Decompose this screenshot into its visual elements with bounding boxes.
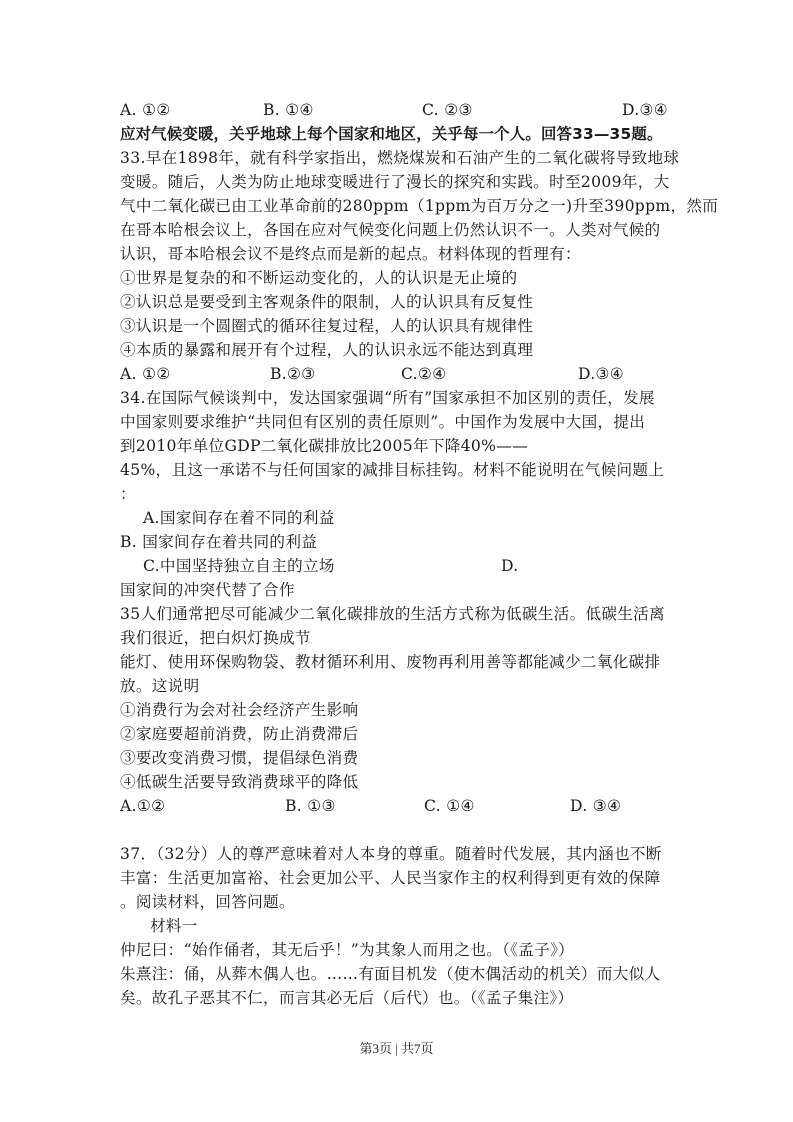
q33-statement: ①世界是复杂的和不断运动变化的，人的认识是无止境的 (120, 266, 517, 290)
q33-statement: ④本质的暴露和展开有个过程，人的认识永远不能达到真理 (120, 338, 533, 362)
q35-statement: ②家庭要超前消费，防止消费滞后 (120, 722, 358, 746)
q33-stem-line: 在哥本哈根会议上，各国在应对气候变化问题上仍然认识不一。人类对气候的 (120, 218, 660, 242)
q32-option-c: C. ②③ (422, 98, 473, 122)
q35-stem-line: 能灯、使用环保购物袋、教材循环利用、废物再利用善等都能减少二氧化碳排 (120, 650, 660, 674)
q37-material-line: 仲尼曰：“始作俑者，其无后乎！”为其象人而用之也。（《孟子》） (120, 938, 574, 962)
q35-statement: ④低碳生活要导致消费球平的降低 (120, 770, 358, 794)
q35-option-a: A.①② (120, 794, 165, 818)
q33-stem-line: 变暖。随后，人类为防止地球变暖进行了漫长的探究和实践。时至2009年，大 (120, 170, 670, 194)
q37-stem-line: 37．（32分）人的尊严意味着对人本身的尊重。随着时代发展，其内涵也不断 (120, 842, 662, 866)
q34-option-b: B. 国家间存在着共同的利益 (120, 530, 317, 554)
q37-stem-line: 丰富：生活更加富裕、社会更加公平、人民当家作主的权利得到更有效的保障 (120, 866, 660, 890)
group-intro-heading: 应对气候变暖，关乎地球上每个国家和地区，关乎每一个人。回答33—35题。 (120, 122, 663, 146)
q33-stem-line: 气中二氧化碳已由工业革命前的280ppm（1ppm为百万分之一)升至390ppm… (120, 194, 718, 218)
q34-stem-line: 中国家则要求维护“共同但有区别的责任原则”。中国作为发展中大国，提出 (120, 410, 645, 434)
q33-option-b: B.②③ (270, 362, 316, 386)
q37-material-line: 朱熹注：俑，从葬木偶人也。……有面目机发（使木偶活动的机关）而大似人 (120, 962, 660, 986)
q35-statement: ③要改变消费习惯，提倡绿色消费 (120, 746, 358, 770)
q33-statement: ③认识是一个圆圈式的循环往复过程，人的认识具有规律性 (120, 314, 533, 338)
q37-material-label: 材料一 (150, 914, 198, 938)
q33-stem-line: 认识，哥本哈根会议不是终点而是新的起点。材料体现的哲理有： (120, 242, 581, 266)
q34-stem-line: ： (120, 482, 136, 506)
page-indicator: 第3页 | 共7页 (0, 1038, 793, 1057)
q33-option-d: D.③④ (578, 362, 624, 386)
q34-stem-line: 45%，且这一承诺不与任何国家的减排目标挂钩。材料不能说明在气候问题上 (120, 458, 664, 482)
q35-option-c: C. ①④ (424, 794, 475, 818)
q35-stem-line: 放。这说明 (120, 674, 199, 698)
q32-option-b: B. ①④ (263, 98, 314, 122)
q35-stem-line: 我们很近，把白炽灯换成节 (120, 626, 311, 650)
q33-option-c: C.②④ (401, 362, 447, 386)
q32-option-a: A. ①② (120, 98, 171, 122)
q35-option-b: B. ①③ (285, 794, 336, 818)
q35-stem-line: 35人们通常把尽可能减少二氧化碳排放的生活方式称为低碳生活。低碳生活离 (120, 602, 665, 626)
q37-material-line: 矣。故孔子恶其不仁，而言其必无后（后代）也。（《孟子集注》） (120, 986, 573, 1010)
q35-option-d: D. ③④ (570, 794, 621, 818)
q35-statement: ①消费行为会对社会经济产生影响 (120, 698, 358, 722)
q33-option-a: A. ①② (120, 362, 171, 386)
q34-option-d: D. (501, 554, 519, 578)
q34-stem-line: 34.在国际气候谈判中，发达国家强调“所有”国家承担不加区别的责任，发展 (120, 386, 655, 410)
q37-stem-line: 。阅读材料，回答问题。 (120, 890, 295, 914)
q34-option-a: A.国家间存在着不同的利益 (143, 506, 335, 530)
q33-statement: ②认识总是要受到主客观条件的限制，人的认识具有反复性 (120, 290, 533, 314)
q32-option-d: D.③④ (622, 98, 668, 122)
q34-option-c: C.中国坚持独立自主的立场 (143, 554, 335, 578)
q33-stem-line: 33.早在1898年，就有科学家指出，燃烧煤炭和石油产生的二氧化碳将导致地球 (120, 146, 679, 170)
q34-option-d-text: 国家间的冲突代替了合作 (120, 578, 295, 602)
q34-stem-line: 到2010年单位GDP二氧化碳排放比2005年下降40%—— (120, 434, 528, 458)
